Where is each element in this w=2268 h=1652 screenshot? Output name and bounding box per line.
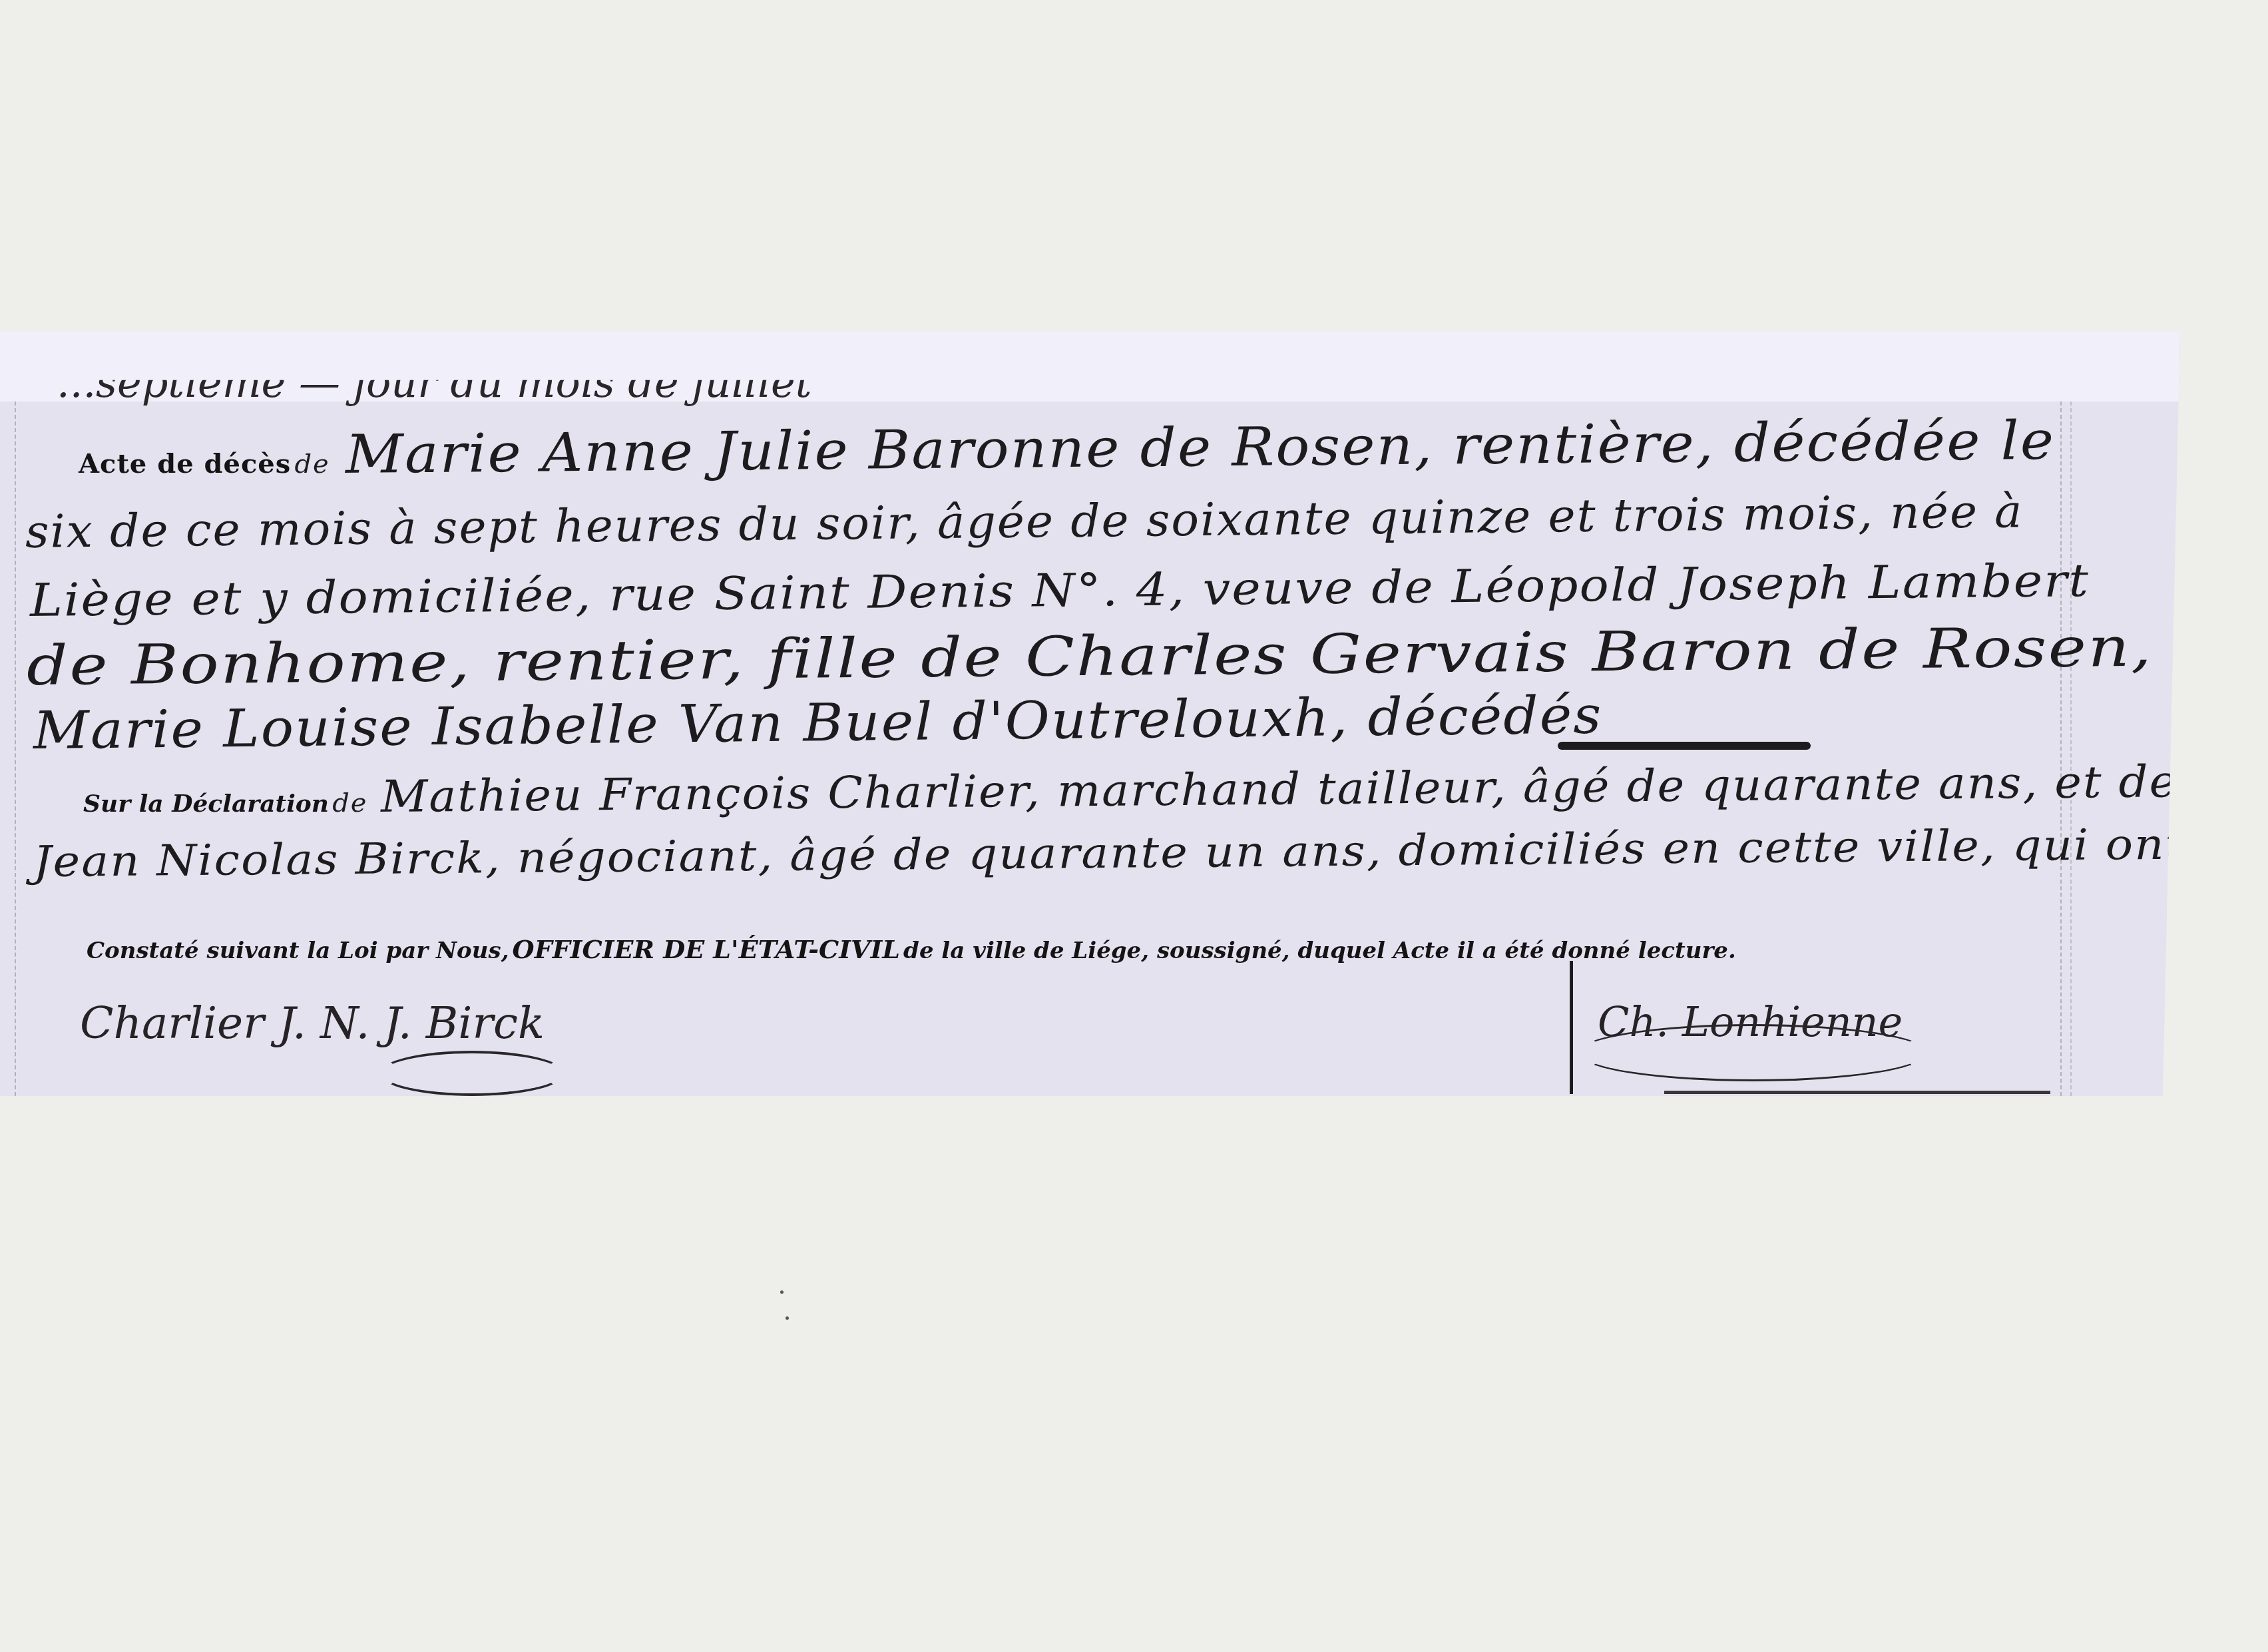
closing-part-3: de la ville de Liége, soussigné, duquel … [903, 938, 1736, 964]
label-sur-la-declaration: Sur la Déclaration [83, 790, 329, 818]
record-line-7: Jean Nicolas Birck, négociant, âgé de qu… [33, 819, 2268, 887]
record-line-6: Sur la Déclaration de Mathieu François C… [83, 771, 2108, 822]
right-margin-rule [2060, 402, 2062, 1096]
mother-name-text: Marie Louise Isabelle Van Buel d'Outrelo… [33, 685, 1603, 761]
deceased-name-text: Marie Anne Julie Baronne de Rosen, renti… [345, 410, 2055, 485]
signature-bracket [1570, 961, 1573, 1094]
connector-de-2: de [332, 788, 367, 818]
scan-speck [780, 1290, 784, 1294]
connector-de: de [294, 449, 330, 479]
right-margin-rule-secondary [2070, 402, 2072, 1096]
signature-flourish-left [379, 1051, 565, 1096]
document-strip: ...septième — jour du mois de juillet Ac… [0, 332, 2180, 1096]
scan-speck [786, 1316, 789, 1320]
closing-officer: OFFICIER DE L'ÉTAT-CIVIL [513, 934, 900, 964]
record-line-2: six de ce mois à sept heures du soir, âg… [25, 485, 2024, 559]
closing-line: Constaté suivant la Loi par Nous, OFFICI… [87, 934, 1736, 964]
record-line-1: Acte de décès de Marie Anne Julie Baronn… [79, 423, 1958, 485]
signature-flourish-right [1578, 1024, 1928, 1081]
record-line-5: Marie Louise Isabelle Van Buel d'Outrelo… [33, 701, 1811, 761]
record-line-3: Liège et y domiciliée, rue Saint Denis N… [30, 555, 2090, 627]
declarant-1-text: Mathieu François Charlier, marchand tail… [380, 756, 2177, 822]
bottom-rule [1664, 1091, 2050, 1094]
closing-part-1: Constaté suivant la Loi par Nous, [87, 938, 509, 964]
record-line-4: de Bonhome, rentier, fille de Charles Ge… [26, 614, 2268, 698]
left-margin-rule [15, 402, 16, 1096]
label-acte-de-deces: Acte de décès [79, 448, 291, 479]
signature-witnesses: Charlier J. N. J. Birck [80, 997, 545, 1049]
